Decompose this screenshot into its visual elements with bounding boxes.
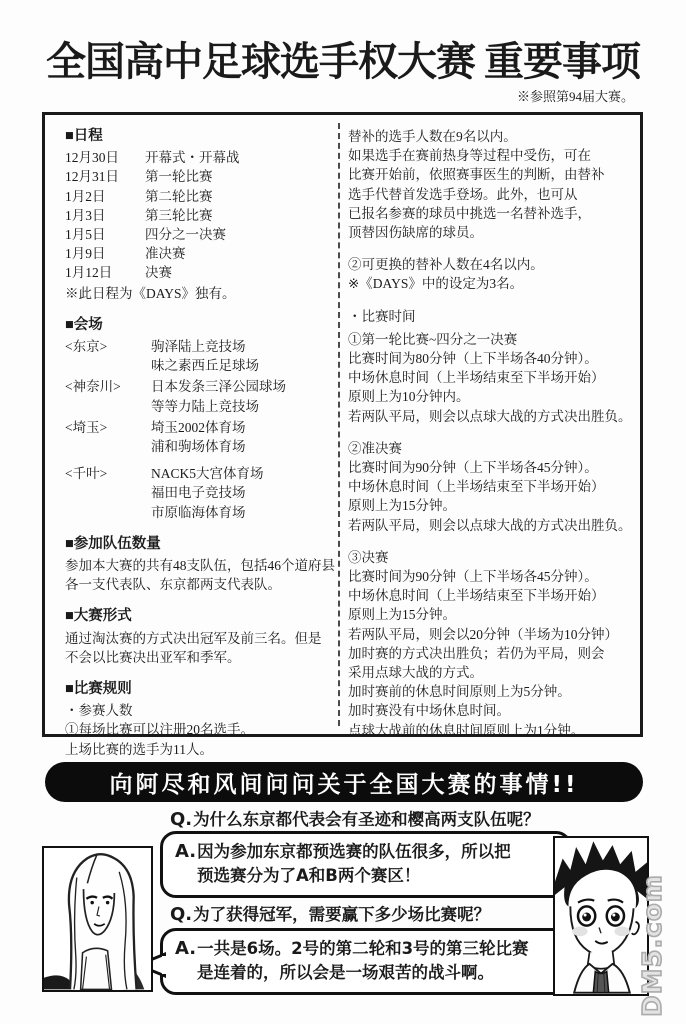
substitutes-paragraph: 替补的选手人数在9名以内。 如果选手在赛前热身等过程中受伤，可在 比赛开始前，依…: [348, 127, 638, 242]
match-time-text: 点球大战前的休息时间原则上为1分钟。: [348, 721, 638, 740]
schedule-event: 开幕式・开幕战: [145, 148, 240, 167]
match-time-text: 若两队平局，则会以点球大战的方式决出胜负。: [348, 407, 638, 426]
page-title: 全国高中足球选手权大赛 重要事项: [16, 30, 670, 87]
answer-bubble-1: A.因为参加东京都预选赛的队伍很多，所以把 预选赛分为了A和B两个赛区！: [160, 831, 572, 898]
schedule-row: 12月30日 开幕式・开幕战: [65, 148, 343, 167]
schedule-event: 第三轮比赛: [145, 206, 213, 225]
format-text: 不会以比赛决出亚军和季军。: [65, 648, 343, 667]
match-time-text: 若两队平局，则会以20分钟（半场为10分钟）: [348, 625, 638, 644]
match-time-text: ①第一轮比赛~四分之一决赛: [348, 330, 638, 349]
info-box: ■日程 12月30日 开幕式・开幕战 12月31日 第一轮比赛 1月2日 第二轮…: [42, 112, 643, 737]
match-time-text: 中场休息时间（上半场结束至下半场开始）: [348, 368, 638, 387]
substitutes-text: 选手代替首发选手登场。此外，也可从: [348, 185, 638, 204]
match-time-block-final: ③决赛 比赛时间为90分钟（上下半场各45分钟）。 中场休息时间（上半场结束至下…: [348, 548, 638, 740]
match-time-text: 比赛时间为90分钟（上下半场各45分钟）。: [348, 567, 638, 586]
match-time-block-semifinal: ②准决赛 比赛时间为90分钟（上下半场各45分钟）。 中场休息时间（上半场结束至…: [348, 439, 638, 535]
venue-name: 福田电子竞技场: [151, 483, 264, 502]
schedule-date: 1月9日: [65, 244, 145, 263]
venue-list: 埼玉2002体育场 浦和驹场体育场: [151, 418, 246, 456]
venue-list: NACK5大宫体育场 福田电子竞技场 市原临海体育场: [151, 464, 264, 522]
venue-region: <埼玉>: [65, 418, 151, 456]
venues-heading: ■会场: [65, 316, 343, 335]
rules-subheading: ・参赛人数: [65, 701, 343, 720]
teams-section: ■参加队伍数量 参加本大赛的共有48支队伍，包括46个道府县 各一支代表队、东京…: [65, 535, 343, 595]
match-time-text: 加时赛前的休息时间原则上为5分钟。: [348, 682, 638, 701]
rules-section: ■比赛规则 ・参赛人数 ①每场比赛可以注册20名选手。 上场比赛的选手为11人。: [65, 680, 343, 759]
teams-text: 各一支代表队、东京都两支代表队。: [65, 575, 343, 594]
answer-text: 因为参加东京都预选赛的队伍很多，所以把: [197, 842, 511, 861]
match-time-text: 中场休息时间（上半场结束至下半场开始）: [348, 586, 638, 605]
substitutes-text: 替补的选手人数在9名以内。: [348, 127, 638, 146]
venue-name: NACK5大宫体育场: [151, 464, 264, 483]
spiky-haired-character-drawing: [555, 838, 647, 994]
kazama-portrait: [42, 846, 153, 992]
match-time-text: 原则上为15分钟。: [348, 496, 638, 515]
answer-line: A.因为参加东京都预选赛的队伍很多，所以把: [175, 840, 557, 864]
substitutes-text: 顶替因伤缺席的球员。: [348, 223, 638, 242]
match-time-heading: ・比赛时间: [348, 307, 638, 326]
schedule-heading: ■日程: [65, 127, 343, 146]
substitution-count-text: ※《DAYS》中的设定为3名。: [348, 274, 638, 293]
match-time-block-round1: ①第一轮比赛~四分之一决赛 比赛时间为80分钟（上下半场各40分钟）。 中场休息…: [348, 330, 638, 426]
match-time-text: 比赛时间为90分钟（上下半场各45分钟）。: [348, 458, 638, 477]
substitution-count-text: ②可更换的替补人数在4名以内。: [348, 255, 638, 274]
venue-name: 日本发条三泽公园球场: [151, 377, 286, 396]
venue-region: <东京>: [65, 337, 151, 375]
answer-bubble-2: A.一共是6场。2号的第二轮和3号的第三轮比赛 是连着的，所以会是一场艰苦的战斗…: [160, 928, 584, 995]
schedule-event: 第一轮比赛: [145, 167, 213, 186]
match-time-text: 加时赛的方式决出胜负；若仍为平局，则会: [348, 644, 638, 663]
format-heading: ■大赛形式: [65, 607, 343, 626]
schedule-event: 准决赛: [145, 244, 186, 263]
schedule-row: 1月9日 准决赛: [65, 244, 343, 263]
format-text: 通过淘汰赛的方式决出冠军及前三名。但是: [65, 629, 343, 648]
answer-line: 是连着的，所以会是一场艰苦的战斗啊。: [175, 961, 569, 985]
venue-group-saitama: <埼玉> 埼玉2002体育场 浦和驹场体育场: [65, 418, 343, 456]
venue-name: 埼玉2002体育场: [151, 418, 246, 437]
schedule-row: 1月12日 决赛: [65, 263, 343, 282]
rules-text: 上场比赛的选手为11人。: [65, 740, 343, 759]
question-1: Q.为什么东京都代表会有圣迹和樱高两支队伍呢？: [170, 806, 540, 830]
dm5-watermark: DM5.com: [638, 905, 668, 1017]
schedule-event: 四分之一决赛: [145, 225, 226, 244]
schedule-row: 12月31日 第一轮比赛: [65, 167, 343, 186]
teams-text: 参加本大赛的共有48支队伍，包括46个道府县: [65, 556, 343, 575]
question-2: Q.为了获得冠军，需要赢下多少场比赛呢？: [170, 901, 490, 925]
substitutes-text: 如果选手在赛前热身等过程中受伤，可在: [348, 146, 638, 165]
match-time-text: 加时赛没有中场休息时间。: [348, 701, 638, 720]
schedule-date: 12月31日: [65, 167, 145, 186]
answer-line: 预选赛分为了A和B两个赛区！: [175, 864, 557, 888]
answer-prefix: A.: [175, 938, 196, 959]
qa-banner: 向阿尽和风间问问关于全国大赛的事情!!: [45, 762, 643, 802]
match-time-section: ・比赛时间 ①第一轮比赛~四分之一决赛 比赛时间为80分钟（上下半场各40分钟）…: [348, 307, 638, 740]
venues-section: ■会场 <东京> 驹泽陆上竞技场 味之素西丘足球场 <神奈川> 日本发条三泽公园…: [65, 316, 343, 522]
schedule-date: 12月30日: [65, 148, 145, 167]
match-time-text: 原则上为10分钟内。: [348, 387, 638, 406]
long-haired-character-drawing: [44, 848, 151, 990]
venue-list: 驹泽陆上竞技场 味之素西丘足球场: [151, 337, 259, 375]
venue-region: <神奈川>: [65, 377, 151, 415]
substitution-count-paragraph: ②可更换的替补人数在4名以内。 ※《DAYS》中的设定为3名。: [348, 255, 638, 293]
answer-line: A.一共是6场。2号的第二轮和3号的第三轮比赛: [175, 937, 569, 961]
format-section: ■大赛形式 通过淘汰赛的方式决出冠军及前三名。但是 不会以比赛决出亚军和季军。: [65, 607, 343, 667]
venue-name: 市原临海体育场: [151, 503, 264, 522]
qa-banner-text: 向阿尽和风间问问关于全国大赛的事情!!: [110, 766, 579, 799]
schedule-row: 1月5日 四分之一决赛: [65, 225, 343, 244]
info-box-right-column: 替补的选手人数在9名以内。 如果选手在赛前热身等过程中受伤，可在 比赛开始前，依…: [348, 127, 638, 753]
schedule-note: ※此日程为《DAYS》独有。: [65, 284, 343, 303]
match-time-text: 比赛时间为80分钟（上下半场各40分钟）。: [348, 349, 638, 368]
schedule-date: 1月12日: [65, 263, 145, 282]
question-prefix: Q.: [170, 809, 192, 830]
schedule-date: 1月2日: [65, 187, 145, 206]
schedule-row: 1月2日 第二轮比赛: [65, 187, 343, 206]
schedule-date: 1月5日: [65, 225, 145, 244]
schedule-row: 1月3日 第三轮比赛: [65, 206, 343, 225]
schedule-event: 决赛: [145, 263, 172, 282]
question-text: 为什么东京都代表会有圣迹和樱高两支队伍呢？: [193, 810, 540, 829]
venue-region: <千叶>: [65, 464, 151, 522]
venue-group-kanagawa: <神奈川> 日本发条三泽公园球场 等等力陆上竞技场: [65, 377, 343, 415]
question-text: 为了获得冠军，需要赢下多少场比赛呢？: [193, 905, 490, 924]
answer-prefix: A.: [175, 841, 196, 862]
substitutes-text: 比赛开始前，依照赛事医生的判断，由替补: [348, 165, 638, 184]
schedule-event: 第二轮比赛: [145, 187, 213, 206]
rules-text: ①每场比赛可以注册20名选手。: [65, 720, 343, 739]
venue-name: 等等力陆上竞技场: [151, 397, 286, 416]
match-time-text: ③决赛: [348, 548, 638, 567]
manga-info-page: 全国高中足球选手权大赛 重要事项 ※参照第94届大赛。 ■日程 12月30日 开…: [0, 0, 686, 1024]
match-time-text: 若两队平局，则会以点球大战的方式决出胜负。: [348, 516, 638, 535]
answer-text: 是连着的，所以会是一场艰苦的战斗啊。: [197, 963, 494, 982]
answer-text: 一共是6场。2号的第二轮和3号的第三轮比赛: [197, 939, 528, 958]
venue-name: 驹泽陆上竞技场: [151, 337, 259, 356]
venue-group-chiba: <千叶> NACK5大宫体育场 福田电子竞技场 市原临海体育场: [65, 464, 343, 522]
substitutes-text: 已报名参赛的球员中挑选一名替补选手，: [348, 204, 638, 223]
venue-name: 浦和驹场体育场: [151, 437, 246, 456]
match-time-text: 中场休息时间（上半场结束至下半场开始）: [348, 477, 638, 496]
match-time-text: ②准决赛: [348, 439, 638, 458]
rules-heading: ■比赛规则: [65, 680, 343, 699]
venue-group-tokyo: <东京> 驹泽陆上竞技场 味之素西丘足球场: [65, 337, 343, 375]
teams-heading: ■参加队伍数量: [65, 535, 343, 554]
page-subtitle: ※参照第94届大赛。: [517, 86, 634, 105]
schedule-section: ■日程 12月30日 开幕式・开幕战 12月31日 第一轮比赛 1月2日 第二轮…: [65, 127, 343, 303]
venue-name: 味之素西丘足球场: [151, 356, 259, 375]
question-prefix: Q.: [170, 904, 192, 925]
match-time-text: 原则上为15分钟。: [348, 605, 638, 624]
venue-list: 日本发条三泽公园球场 等等力陆上竞技场: [151, 377, 286, 415]
tsukushi-portrait: [553, 836, 649, 996]
answer-text: 预选赛分为了A和B两个赛区！: [197, 866, 420, 885]
schedule-date: 1月3日: [65, 206, 145, 225]
match-time-text: 采用点球大战的方式。: [348, 663, 638, 682]
info-box-left-column: ■日程 12月30日 开幕式・开幕战 12月31日 第一轮比赛 1月2日 第二轮…: [65, 127, 343, 772]
